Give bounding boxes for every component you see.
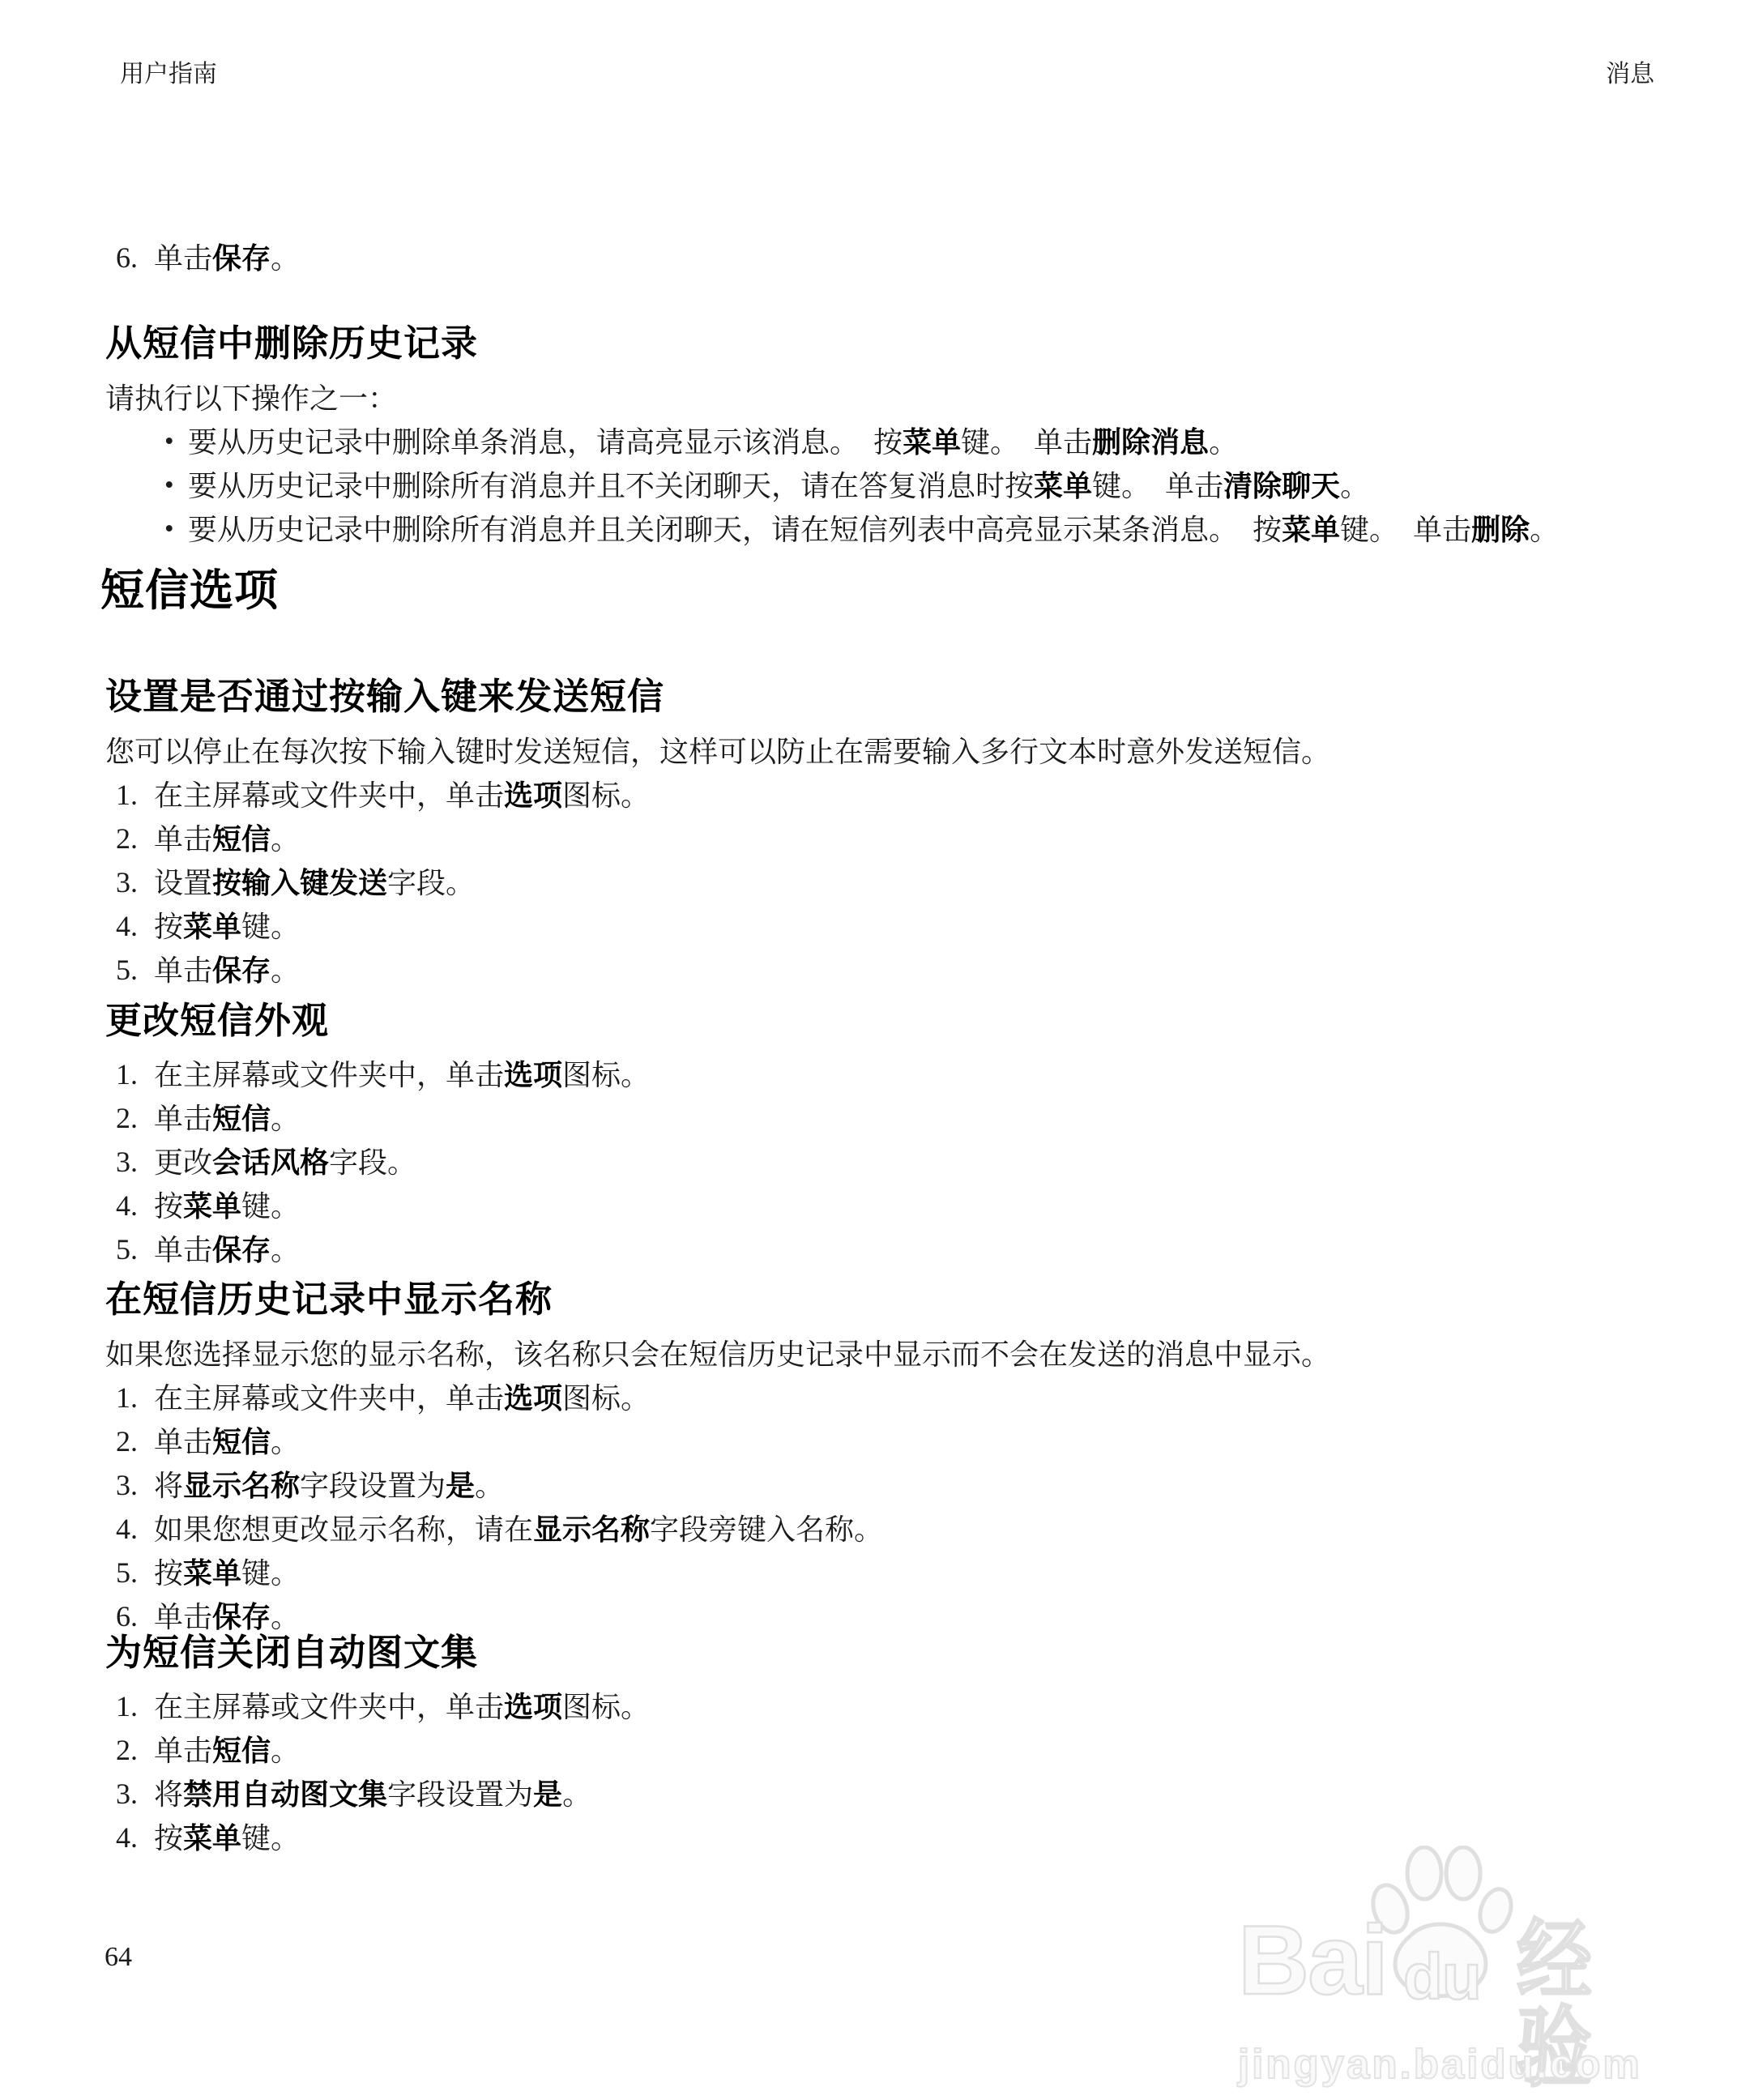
bullet-icon: •	[164, 508, 188, 552]
page-number: 64	[105, 1941, 132, 1974]
text-run: 按	[154, 1557, 183, 1590]
step-item: 3. 将禁用自动图文集字段设置为是。	[116, 1773, 1677, 1816]
text-run: 设置	[154, 867, 212, 899]
step-item: 5. 按菜单键。	[116, 1552, 1677, 1595]
bullet-text: 要从历史记录中删除单条消息，请高亮显示该消息。 按菜单键。 单击删除消息。	[188, 420, 1238, 464]
bullet-item: • 要从历史记录中删除单条消息，请高亮显示该消息。 按菜单键。 单击删除消息。	[164, 420, 1677, 464]
text-run: 在主屏幕或文件夹中，单击	[154, 1691, 504, 1723]
text-run: 键。	[241, 1557, 300, 1590]
step-list: 1. 在主屏幕或文件夹中，单击选项图标。 2. 单击短信。 3. 设置按输入键发…	[105, 774, 1677, 992]
step-text: 单击短信。	[154, 1729, 300, 1773]
text-run: 键。	[241, 1190, 300, 1223]
text-run: 图标。	[562, 1691, 650, 1723]
step-number: 5.	[116, 949, 154, 992]
section-title: 设置是否通过按输入键来发送短信	[105, 674, 1677, 719]
text-run: 字段。	[329, 1146, 416, 1179]
step-number: 1.	[116, 774, 154, 817]
step-list: 6. 单击保存。	[105, 237, 1677, 280]
step-text: 单击短信。	[154, 817, 300, 861]
ui-term-bold: 清除聊天	[1223, 469, 1340, 502]
step-number: 2.	[116, 817, 154, 861]
step-text: 单击保存。	[154, 237, 300, 280]
ui-term-bold: 显示名称	[533, 1513, 650, 1546]
text-run: 字段。	[387, 867, 475, 899]
section-paragraph: 如果您选择显示您的显示名称，该名称只会在短信历史记录中显示而不会在发送的消息中显…	[105, 1334, 1677, 1377]
text-run: 更改	[154, 1146, 212, 1179]
step-text: 将显示名称字段设置为是。	[154, 1464, 504, 1508]
step-list: 1. 在主屏幕或文件夹中，单击选项图标。 2. 单击短信。 3. 将显示名称字段…	[105, 1377, 1677, 1639]
header-right-title: 消息	[1606, 58, 1654, 91]
ui-term-bold: 选项	[504, 1058, 562, 1091]
text-run: 。	[1530, 514, 1559, 546]
section-appearance: 更改短信外观 1. 在主屏幕或文件夹中，单击选项图标。 2. 单击短信。 3. …	[105, 998, 1677, 1272]
text-run: 在主屏幕或文件夹中，单击	[154, 779, 504, 812]
chapter-heading-block: 短信选项	[100, 565, 1677, 617]
section-paragraph: 您可以停止在每次按下输入键时发送短信，这样可以防止在需要输入多行文本时意外发送短…	[105, 731, 1677, 774]
ui-term-bold: 删除	[1471, 513, 1530, 546]
step-list: 1. 在主屏幕或文件夹中，单击选项图标。 2. 单击短信。 3. 更改会话风格字…	[105, 1053, 1677, 1272]
text-run: 在主屏幕或文件夹中，单击	[154, 1059, 504, 1091]
step-item: 1. 在主屏幕或文件夹中，单击选项图标。	[116, 1053, 1677, 1097]
text-run: 图标。	[562, 779, 650, 812]
text-run: 要从历史记录中删除单条消息，请高亮显示该消息。 按	[188, 426, 903, 459]
text-run: 。	[271, 823, 300, 856]
section-autotext: 为短信关闭自动图文集 1. 在主屏幕或文件夹中，单击选项图标。 2. 单击短信。…	[105, 1630, 1677, 1860]
ui-term-bold: 菜单	[1282, 513, 1340, 546]
step-item: 5. 单击保存。	[116, 1228, 1677, 1272]
step-text: 在主屏幕或文件夹中，单击选项图标。	[154, 774, 650, 817]
text-run: 按	[154, 911, 183, 943]
text-run: 字段设置为	[387, 1778, 533, 1811]
ui-term-bold: 选项	[504, 1690, 562, 1723]
section-title: 从短信中删除历史记录	[105, 321, 1677, 366]
section-display-name: 在短信历史记录中显示名称 如果您选择显示您的显示名称，该名称只会在短信历史记录中…	[105, 1277, 1677, 1639]
step-number: 2.	[116, 1729, 154, 1773]
step-item: 1. 在主屏幕或文件夹中，单击选项图标。	[116, 1377, 1677, 1420]
step-number: 1.	[116, 1685, 154, 1729]
step-item: 3. 更改会话风格字段。	[116, 1141, 1677, 1184]
text-run: 。	[271, 1103, 300, 1135]
bullet-item: • 要从历史记录中删除所有消息并且不关闭聊天，请在答复消息时按菜单键。 单击清除…	[164, 464, 1677, 508]
ui-term-bold: 保存	[212, 954, 271, 987]
step-number: 4.	[116, 1184, 154, 1228]
text-run: 单击	[154, 954, 212, 987]
step-item: 4. 按菜单键。	[116, 905, 1677, 949]
ui-term-bold: 短信	[212, 1734, 271, 1767]
text-run: 。	[1209, 426, 1238, 459]
ui-term-bold: 按输入键发送	[212, 866, 387, 899]
step-item: 2. 单击短信。	[116, 1420, 1677, 1464]
text-run: 。	[475, 1470, 504, 1502]
step-item: 1. 在主屏幕或文件夹中，单击选项图标。	[116, 1685, 1677, 1729]
ui-term-bold: 菜单	[1034, 469, 1092, 502]
bullet-icon: •	[164, 420, 188, 464]
watermark-brand-du: du	[1403, 1944, 1481, 2009]
step-number: 1.	[116, 1377, 154, 1420]
step-item: 3. 将显示名称字段设置为是。	[116, 1464, 1677, 1508]
ui-term-bold: 是	[533, 1778, 562, 1811]
step-text: 将禁用自动图文集字段设置为是。	[154, 1773, 591, 1816]
bullet-item: • 要从历史记录中删除所有消息并且关闭聊天，请在短信列表中高亮显示某条消息。 按…	[164, 508, 1677, 552]
ui-term-bold: 显示名称	[183, 1469, 300, 1502]
bullet-text: 要从历史记录中删除所有消息并且不关闭聊天，请在答复消息时按菜单键。 单击清除聊天…	[188, 464, 1369, 508]
section-enter-key: 设置是否通过按输入键来发送短信 您可以停止在每次按下输入键时发送短信，这样可以防…	[105, 674, 1677, 992]
carryover-steps-section: 6. 单击保存。	[105, 237, 1677, 280]
text-run: 。	[271, 1601, 300, 1633]
step-item: 2. 单击短信。	[116, 1097, 1677, 1141]
ui-term-bold: 菜单	[903, 425, 961, 459]
ui-term-bold: 保存	[212, 1233, 271, 1266]
text-run: 。	[271, 954, 300, 987]
ui-term-bold: 短信	[212, 1102, 271, 1135]
step-text: 单击保存。	[154, 949, 300, 992]
step-number: 3.	[116, 1141, 154, 1184]
step-text: 按菜单键。	[154, 1552, 300, 1595]
text-run: 图标。	[562, 1382, 650, 1415]
ui-term-bold: 菜单	[183, 1556, 241, 1590]
text-run: 键。	[241, 1822, 300, 1855]
document-page: 用户指南 消息 6. 单击保存。 从短信中删除历史记录 请执行以下操作之一： •…	[0, 0, 1750, 2100]
step-text: 在主屏幕或文件夹中，单击选项图标。	[154, 1053, 650, 1097]
header-left-title: 用户指南	[120, 58, 217, 91]
ui-term-bold: 会话风格	[212, 1146, 329, 1179]
bullet-list: • 要从历史记录中删除单条消息，请高亮显示该消息。 按菜单键。 单击删除消息。 …	[105, 420, 1677, 552]
text-run: 图标。	[562, 1059, 650, 1091]
text-run: 要从历史记录中删除所有消息并且不关闭聊天，请在答复消息时按	[188, 470, 1034, 502]
text-run: 将	[154, 1778, 183, 1811]
watermark-brand-bai: Bai	[1238, 1910, 1387, 2009]
text-run: 。	[1340, 470, 1369, 502]
page-header: 用户指南 消息	[120, 58, 1654, 91]
step-text: 单击短信。	[154, 1097, 300, 1141]
ui-term-bold: 删除消息	[1092, 425, 1209, 459]
text-run: 单击	[154, 1103, 212, 1135]
ui-term-bold: 短信	[212, 822, 271, 856]
text-run: 。	[271, 242, 300, 275]
text-run: 在主屏幕或文件夹中，单击	[154, 1382, 504, 1415]
ui-term-bold: 菜单	[183, 1189, 241, 1223]
text-run: 单击	[154, 1601, 212, 1633]
text-run: 键。 单击	[1340, 514, 1471, 546]
step-item: 6. 单击保存。	[116, 237, 1677, 280]
text-run: 键。	[241, 911, 300, 943]
section-title: 更改短信外观	[105, 998, 1677, 1044]
section-title: 在短信历史记录中显示名称	[105, 1277, 1677, 1322]
step-text: 按菜单键。	[154, 1184, 300, 1228]
bullet-icon: •	[164, 464, 188, 508]
text-run: 单击	[154, 242, 212, 275]
step-text: 如果您想更改显示名称，请在显示名称字段旁键入名称。	[154, 1508, 883, 1552]
ui-term-bold: 短信	[212, 1425, 271, 1458]
text-run: 。	[562, 1778, 591, 1811]
step-item: 5. 单击保存。	[116, 949, 1677, 992]
text-run: 单击	[154, 823, 212, 856]
ui-term-bold: 选项	[504, 779, 562, 812]
text-run: 单击	[154, 1234, 212, 1266]
step-number: 5.	[116, 1228, 154, 1272]
step-list: 1. 在主屏幕或文件夹中，单击选项图标。 2. 单击短信。 3. 将禁用自动图文…	[105, 1685, 1677, 1860]
step-number: 4.	[116, 905, 154, 949]
step-number: 2.	[116, 1097, 154, 1141]
step-number: 3.	[116, 861, 154, 905]
text-run: 字段设置为	[300, 1470, 446, 1502]
text-run: 键。 单击	[1092, 470, 1223, 502]
step-item: 4. 如果您想更改显示名称，请在显示名称字段旁键入名称。	[116, 1508, 1677, 1552]
ui-term-bold: 选项	[504, 1381, 562, 1415]
text-run: 字段旁键入名称。	[650, 1513, 883, 1546]
step-text: 按菜单键。	[154, 1816, 300, 1860]
step-item: 2. 单击短信。	[116, 1729, 1677, 1773]
text-run: 将	[154, 1470, 183, 1502]
text-run: 按	[154, 1190, 183, 1223]
step-text: 更改会话风格字段。	[154, 1141, 416, 1184]
step-text: 设置按输入键发送字段。	[154, 861, 475, 905]
step-number: 5.	[116, 1552, 154, 1595]
bullet-text: 要从历史记录中删除所有消息并且关闭聊天，请在短信列表中高亮显示某条消息。 按菜单…	[188, 508, 1559, 552]
step-text: 按菜单键。	[154, 905, 300, 949]
step-number: 4.	[116, 1508, 154, 1552]
step-item: 2. 单击短信。	[116, 817, 1677, 861]
text-run: 键。 单击	[961, 426, 1092, 459]
step-text: 单击保存。	[154, 1228, 300, 1272]
ui-term-bold: 是	[446, 1469, 475, 1502]
text-run: 。	[271, 1426, 300, 1458]
text-run: 单击	[154, 1735, 212, 1767]
step-text: 在主屏幕或文件夹中，单击选项图标。	[154, 1685, 650, 1729]
step-item: 4. 按菜单键。	[116, 1184, 1677, 1228]
text-run: 按	[154, 1822, 183, 1855]
section-delete-history: 从短信中删除历史记录 请执行以下操作之一： • 要从历史记录中删除单条消息，请高…	[105, 321, 1677, 552]
ui-term-bold: 菜单	[183, 910, 241, 943]
ui-term-bold: 保存	[212, 241, 271, 275]
step-number: 4.	[116, 1816, 154, 1860]
step-number: 3.	[116, 1464, 154, 1508]
text-run: 单击	[154, 1426, 212, 1458]
ui-term-bold: 禁用自动图文集	[183, 1778, 387, 1811]
ui-term-bold: 保存	[212, 1600, 271, 1633]
section-title: 为短信关闭自动图文集	[105, 1630, 1677, 1675]
section-intro: 请执行以下操作之一：	[105, 378, 1677, 420]
step-number: 6.	[116, 237, 154, 280]
step-item: 1. 在主屏幕或文件夹中，单击选项图标。	[116, 774, 1677, 817]
step-number: 2.	[116, 1420, 154, 1464]
text-run: 。	[271, 1234, 300, 1266]
text-run: 要从历史记录中删除所有消息并且关闭聊天，请在短信列表中高亮显示某条消息。 按	[188, 514, 1282, 546]
chapter-title: 短信选项	[100, 565, 1677, 617]
step-item: 3. 设置按输入键发送字段。	[116, 861, 1677, 905]
step-text: 在主屏幕或文件夹中，单击选项图标。	[154, 1377, 650, 1420]
baidu-jingyan-watermark: Bai du 经验 jingyan.baidu.com	[1231, 1847, 1685, 2100]
step-text: 单击短信。	[154, 1420, 300, 1464]
step-number: 1.	[116, 1053, 154, 1097]
step-number: 3.	[116, 1773, 154, 1816]
watermark-url: jingyan.baidu.com	[1238, 2043, 1642, 2085]
ui-term-bold: 菜单	[183, 1821, 241, 1855]
text-run: 。	[271, 1735, 300, 1767]
text-run: 如果您想更改显示名称，请在	[154, 1513, 533, 1546]
